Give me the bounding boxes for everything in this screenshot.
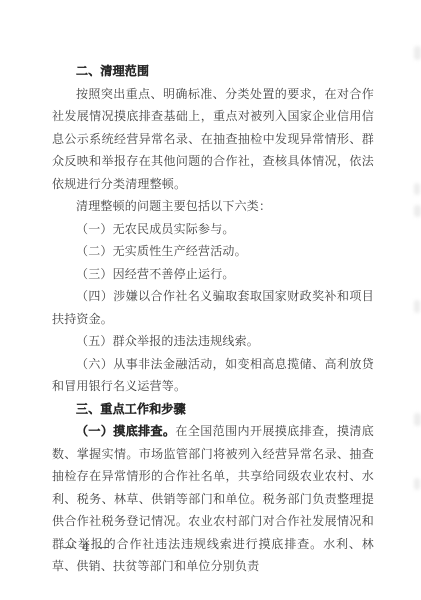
scan-artifact-smudge [414, 413, 421, 426]
list-item-3: （三）因经营不善停止运行。 [52, 263, 374, 286]
paragraph-intro: 按照突出重点、明确标准、分类处置的要求，在对合作社发展情况摸底排查基础上，重点对… [52, 83, 374, 196]
paragraph-six-types: 清理整顿的问题主要包括以下六类： [52, 195, 374, 218]
scan-artifact-smudge [414, 205, 421, 217]
section-heading-key-work: 三、重点工作和步骤 [52, 398, 374, 421]
scan-artifact-smudge [414, 478, 420, 490]
step1-bold-lead: （一）摸底排查。 [76, 424, 175, 438]
scan-artifact-smudge [414, 183, 420, 195]
document-page: 二、清理范围 按照突出重点、明确标准、分类处置的要求，在对合作社发展情况摸底排查… [0, 0, 421, 600]
scan-artifact-smudge [414, 46, 421, 60]
section-heading-cleanup-scope: 二、清理范围 [52, 60, 374, 83]
scan-artifact-smudge [414, 300, 420, 313]
list-item-5: （五）群众举报的违法违规线索。 [52, 330, 374, 353]
list-item-4: （四）涉嫌以合作社名义骗取套取国家财政奖补和项目扶持资金。 [52, 285, 374, 330]
page-number: — 4 — [62, 540, 111, 554]
list-item-6: （六）从事非法金融活动，如变相高息揽储、高利放贷和冒用银行名义运营等。 [52, 353, 374, 398]
page-content: 二、清理范围 按照突出重点、明确标准、分类处置的要求，在对合作社发展情况摸底排查… [52, 60, 374, 578]
list-item-2: （二）无实质性生产经营活动。 [52, 240, 374, 263]
list-item-1: （一）无农民成员实际参与。 [52, 218, 374, 241]
